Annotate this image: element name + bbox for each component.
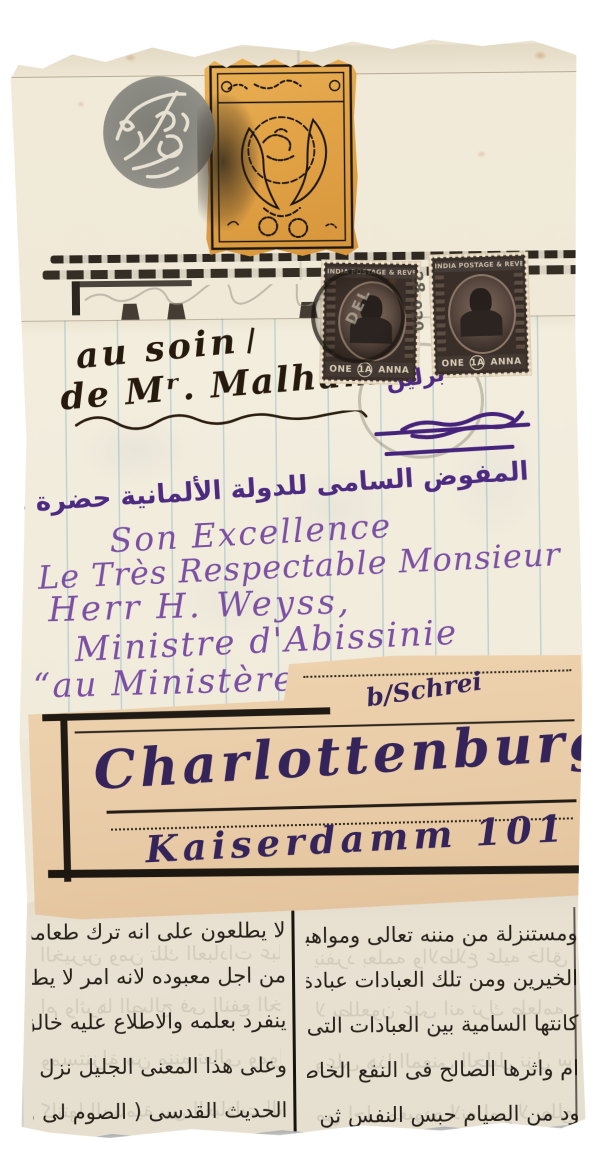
news-line: الخيرين ومن تلك العبادات عبادة الصيام — [306, 956, 578, 1004]
postmark-year: 920 — [407, 299, 427, 332]
news-line: ينفرد بعلمه والاطلاع عليه خالق الق — [32, 998, 286, 1046]
news-line: وعلى هذا المعنى الجليل نزل س — [33, 1043, 287, 1091]
value-badge: 1A — [358, 362, 373, 377]
india-stamp-header: INDIA POSTAGE & REVENUE — [434, 259, 522, 273]
india-one-anna-stamp-right: INDIA POSTAGE & REVENUE ONE 1A ANNA — [431, 255, 529, 376]
stamp-ornament-column — [435, 275, 446, 351]
scan-background: au soin de Mʳ. Malhamé برلين — [0, 0, 600, 1167]
news-column-right: ومستنزلة من مننه تعالى ومواهبه الخيرين و… — [305, 911, 579, 1142]
value-one: ONE — [329, 364, 352, 374]
portrait-shoulders — [460, 309, 503, 336]
postal-cover: au soin de Mʳ. Malhamé برلين — [10, 33, 588, 1153]
arabic-newspaper-fragment: الخيرين ومن تلك العبادات عبادة الصيام ام… — [21, 889, 586, 1153]
value-anna: ANNA — [490, 356, 521, 367]
king-george-portrait — [447, 273, 517, 355]
crossed-out-word — [362, 402, 543, 464]
news-line: كانتها السامية بين العبادات التى فرضها — [306, 1001, 578, 1049]
column-divider-rule — [291, 902, 296, 1140]
news-column-left: لا يطلعون على انه ترك طعامه وشر من اجل م… — [31, 908, 287, 1141]
news-line: ام واثرها الصالح فى النفع الخاص والعام — [307, 1046, 579, 1094]
news-line: ود من الصيام حبس النفس ثن — [307, 1091, 579, 1139]
news-line: الحديث القدسى ( الصوم لى وانا — [33, 1088, 287, 1136]
stamp-value-band: ONE 1A ANNA — [437, 354, 525, 372]
news-line: من اجل معبوده لانه امر لا يطلع ثل — [32, 953, 286, 1001]
postmark-day: 28 — [407, 270, 429, 295]
value-one: ONE — [441, 358, 464, 369]
address-label: b/Schrei Charlottenburg Kaiserdamm 101 — [15, 649, 587, 925]
pen-stroke — [247, 327, 254, 353]
seal-cancel-smudge — [197, 92, 262, 231]
signature-flourish — [72, 410, 372, 435]
news-line: ومستنزلة من مننه تعالى ومواهبه — [305, 911, 577, 959]
value-badge: 1A — [470, 355, 485, 370]
